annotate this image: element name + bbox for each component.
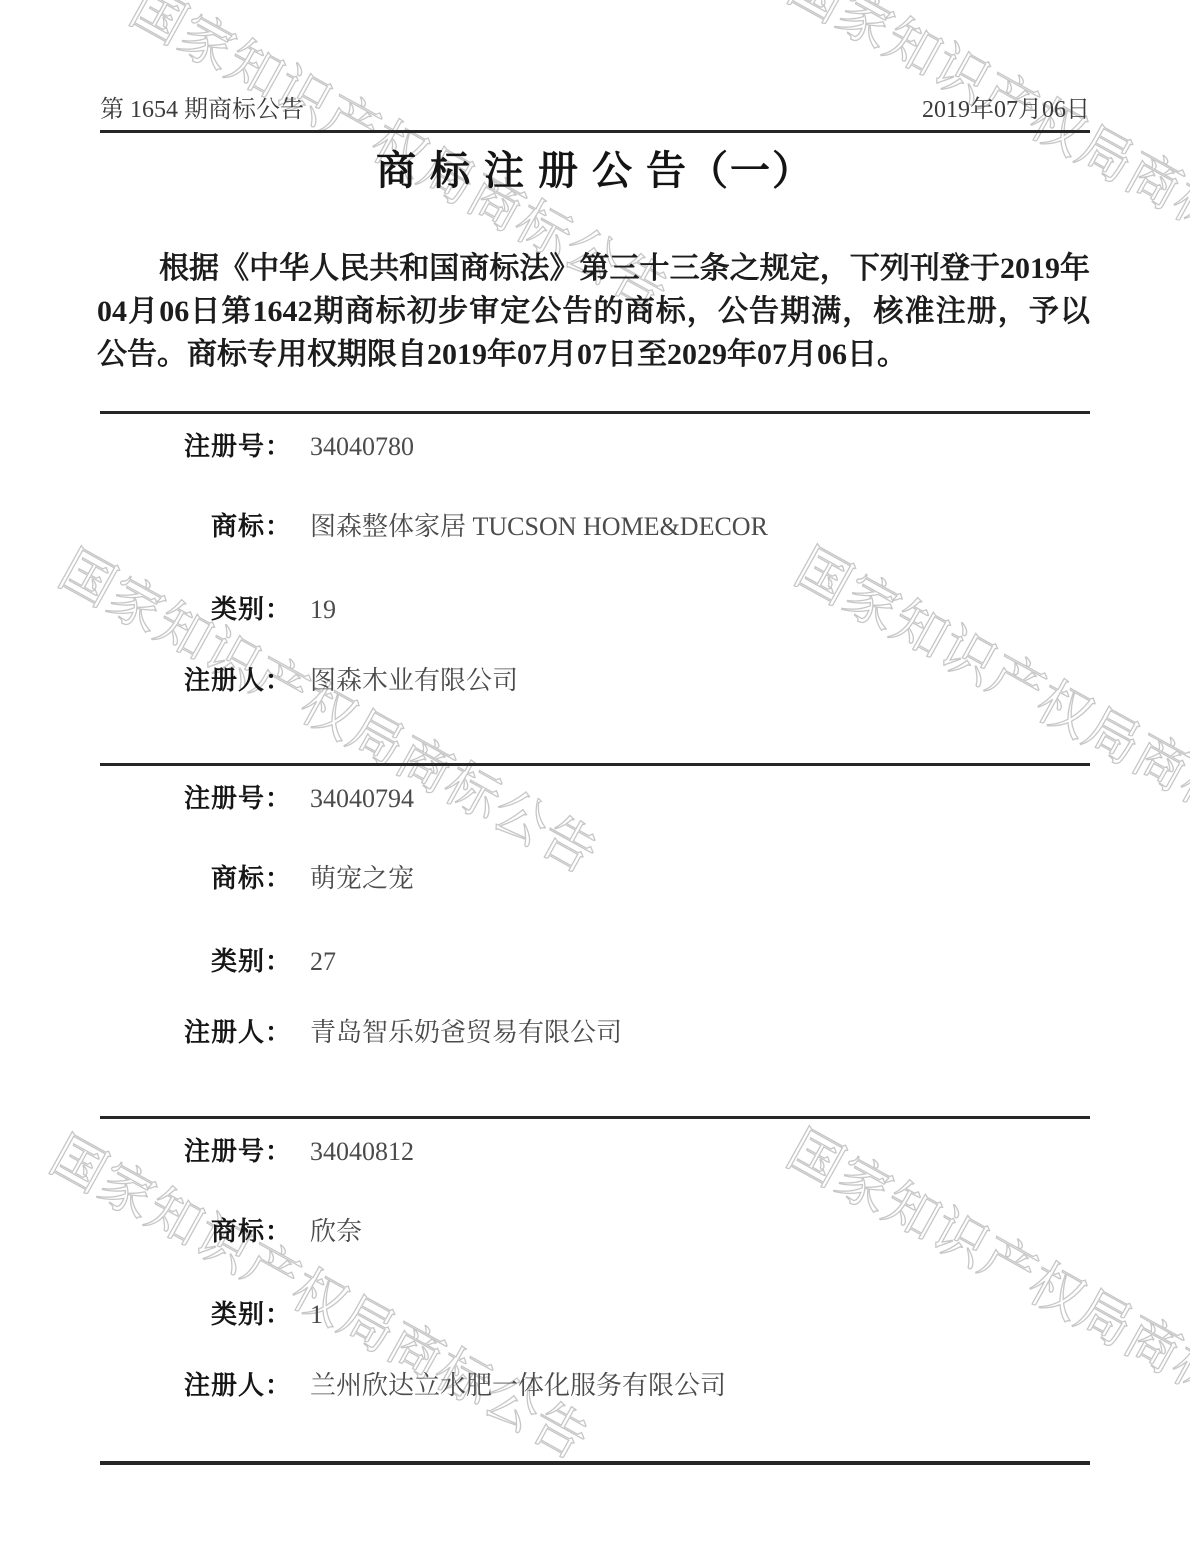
field-row-registrant: 注册人： 青岛智乐奶爸贸易有限公司 bbox=[100, 1017, 622, 1049]
bottom-rule bbox=[100, 1461, 1090, 1465]
field-label-registrant: 注册人： bbox=[100, 1017, 292, 1049]
field-label-category: 类别： bbox=[100, 594, 292, 626]
field-value-trademark: 图森整体家居 TUCSON HOME&DECOR bbox=[310, 511, 768, 543]
page-content: 第 1654 期商标公告 2019年07月06日 商 标 注 册 公 告（一） … bbox=[0, 0, 1190, 1564]
field-value-number: 34040812 bbox=[310, 1136, 414, 1168]
gazette-page: 国家知识产权局商标公告 国家知识产权局商标公告 国家知识产权局商标公告 国家知识… bbox=[0, 0, 1190, 1564]
field-value-trademark: 萌宠之宠 bbox=[310, 863, 414, 895]
field-value-registrant: 兰州欣达立水肥一体化服务有限公司 bbox=[310, 1370, 726, 1402]
field-label-registrant: 注册人： bbox=[100, 1370, 292, 1402]
field-row-category: 类别： 1 bbox=[100, 1299, 323, 1331]
field-row-trademark: 商标： 欣奈 bbox=[100, 1216, 362, 1248]
field-label-number: 注册号： bbox=[100, 1136, 292, 1168]
header-rule bbox=[100, 130, 1090, 133]
intro-line: 公告。商标专用权期限自2019年07月07日至2029年07月06日。 bbox=[97, 333, 1090, 376]
entry-section: 注册号： 34040794 商标： 萌宠之宠 类别： 27 注册人： 青岛智乐奶… bbox=[100, 765, 1090, 1115]
field-value-registrant: 青岛智乐奶爸贸易有限公司 bbox=[310, 1017, 622, 1049]
field-row-trademark: 商标： 萌宠之宠 bbox=[100, 863, 414, 895]
field-value-category: 19 bbox=[310, 594, 336, 626]
field-row-registrant: 注册人： 图森木业有限公司 bbox=[100, 665, 518, 697]
field-label-trademark: 商标： bbox=[100, 511, 292, 543]
field-value-number: 34040794 bbox=[310, 783, 414, 815]
field-row-registrant: 注册人： 兰州欣达立水肥一体化服务有限公司 bbox=[100, 1370, 726, 1402]
field-label-trademark: 商标： bbox=[100, 1216, 292, 1248]
field-row-trademark: 商标： 图森整体家居 TUCSON HOME&DECOR bbox=[100, 511, 768, 543]
field-label-number: 注册号： bbox=[100, 431, 292, 463]
intro-line: 根据《中华人民共和国商标法》第三十三条之规定，下列刊登于2019年 bbox=[97, 247, 1090, 290]
field-value-category: 27 bbox=[310, 946, 336, 978]
field-row-number: 注册号： 34040780 bbox=[100, 431, 414, 463]
field-label-category: 类别： bbox=[100, 946, 292, 978]
field-value-category: 1 bbox=[310, 1299, 323, 1331]
field-value-trademark: 欣奈 bbox=[310, 1216, 362, 1248]
field-label-category: 类别： bbox=[100, 1299, 292, 1331]
field-value-registrant: 图森木业有限公司 bbox=[310, 665, 518, 697]
entry-section: 注册号： 34040780 商标： 图森整体家居 TUCSON HOME&DEC… bbox=[100, 413, 1090, 763]
page-title: 商 标 注 册 公 告（一） bbox=[0, 146, 1190, 196]
field-label-number: 注册号： bbox=[100, 783, 292, 815]
page-header: 第 1654 期商标公告 2019年07月06日 bbox=[100, 95, 1090, 125]
field-label-registrant: 注册人： bbox=[100, 665, 292, 697]
field-row-number: 注册号： 34040794 bbox=[100, 783, 414, 815]
field-value-number: 34040780 bbox=[310, 431, 414, 463]
field-row-number: 注册号： 34040812 bbox=[100, 1136, 414, 1168]
entry-section: 注册号： 34040812 商标： 欣奈 类别： 1 注册人： 兰州欣达立水肥一… bbox=[100, 1118, 1090, 1468]
intro-line: 04月06日第1642期商标初步审定公告的商标，公告期满，核准注册，予以 bbox=[97, 290, 1090, 333]
intro-paragraph: 根据《中华人民共和国商标法》第三十三条之规定，下列刊登于2019年 04月06日… bbox=[97, 247, 1090, 376]
issue-label: 第 1654 期商标公告 bbox=[100, 95, 304, 125]
field-label-trademark: 商标： bbox=[100, 863, 292, 895]
header-date: 2019年07月06日 bbox=[922, 95, 1090, 125]
field-row-category: 类别： 27 bbox=[100, 946, 336, 978]
field-row-category: 类别： 19 bbox=[100, 594, 336, 626]
